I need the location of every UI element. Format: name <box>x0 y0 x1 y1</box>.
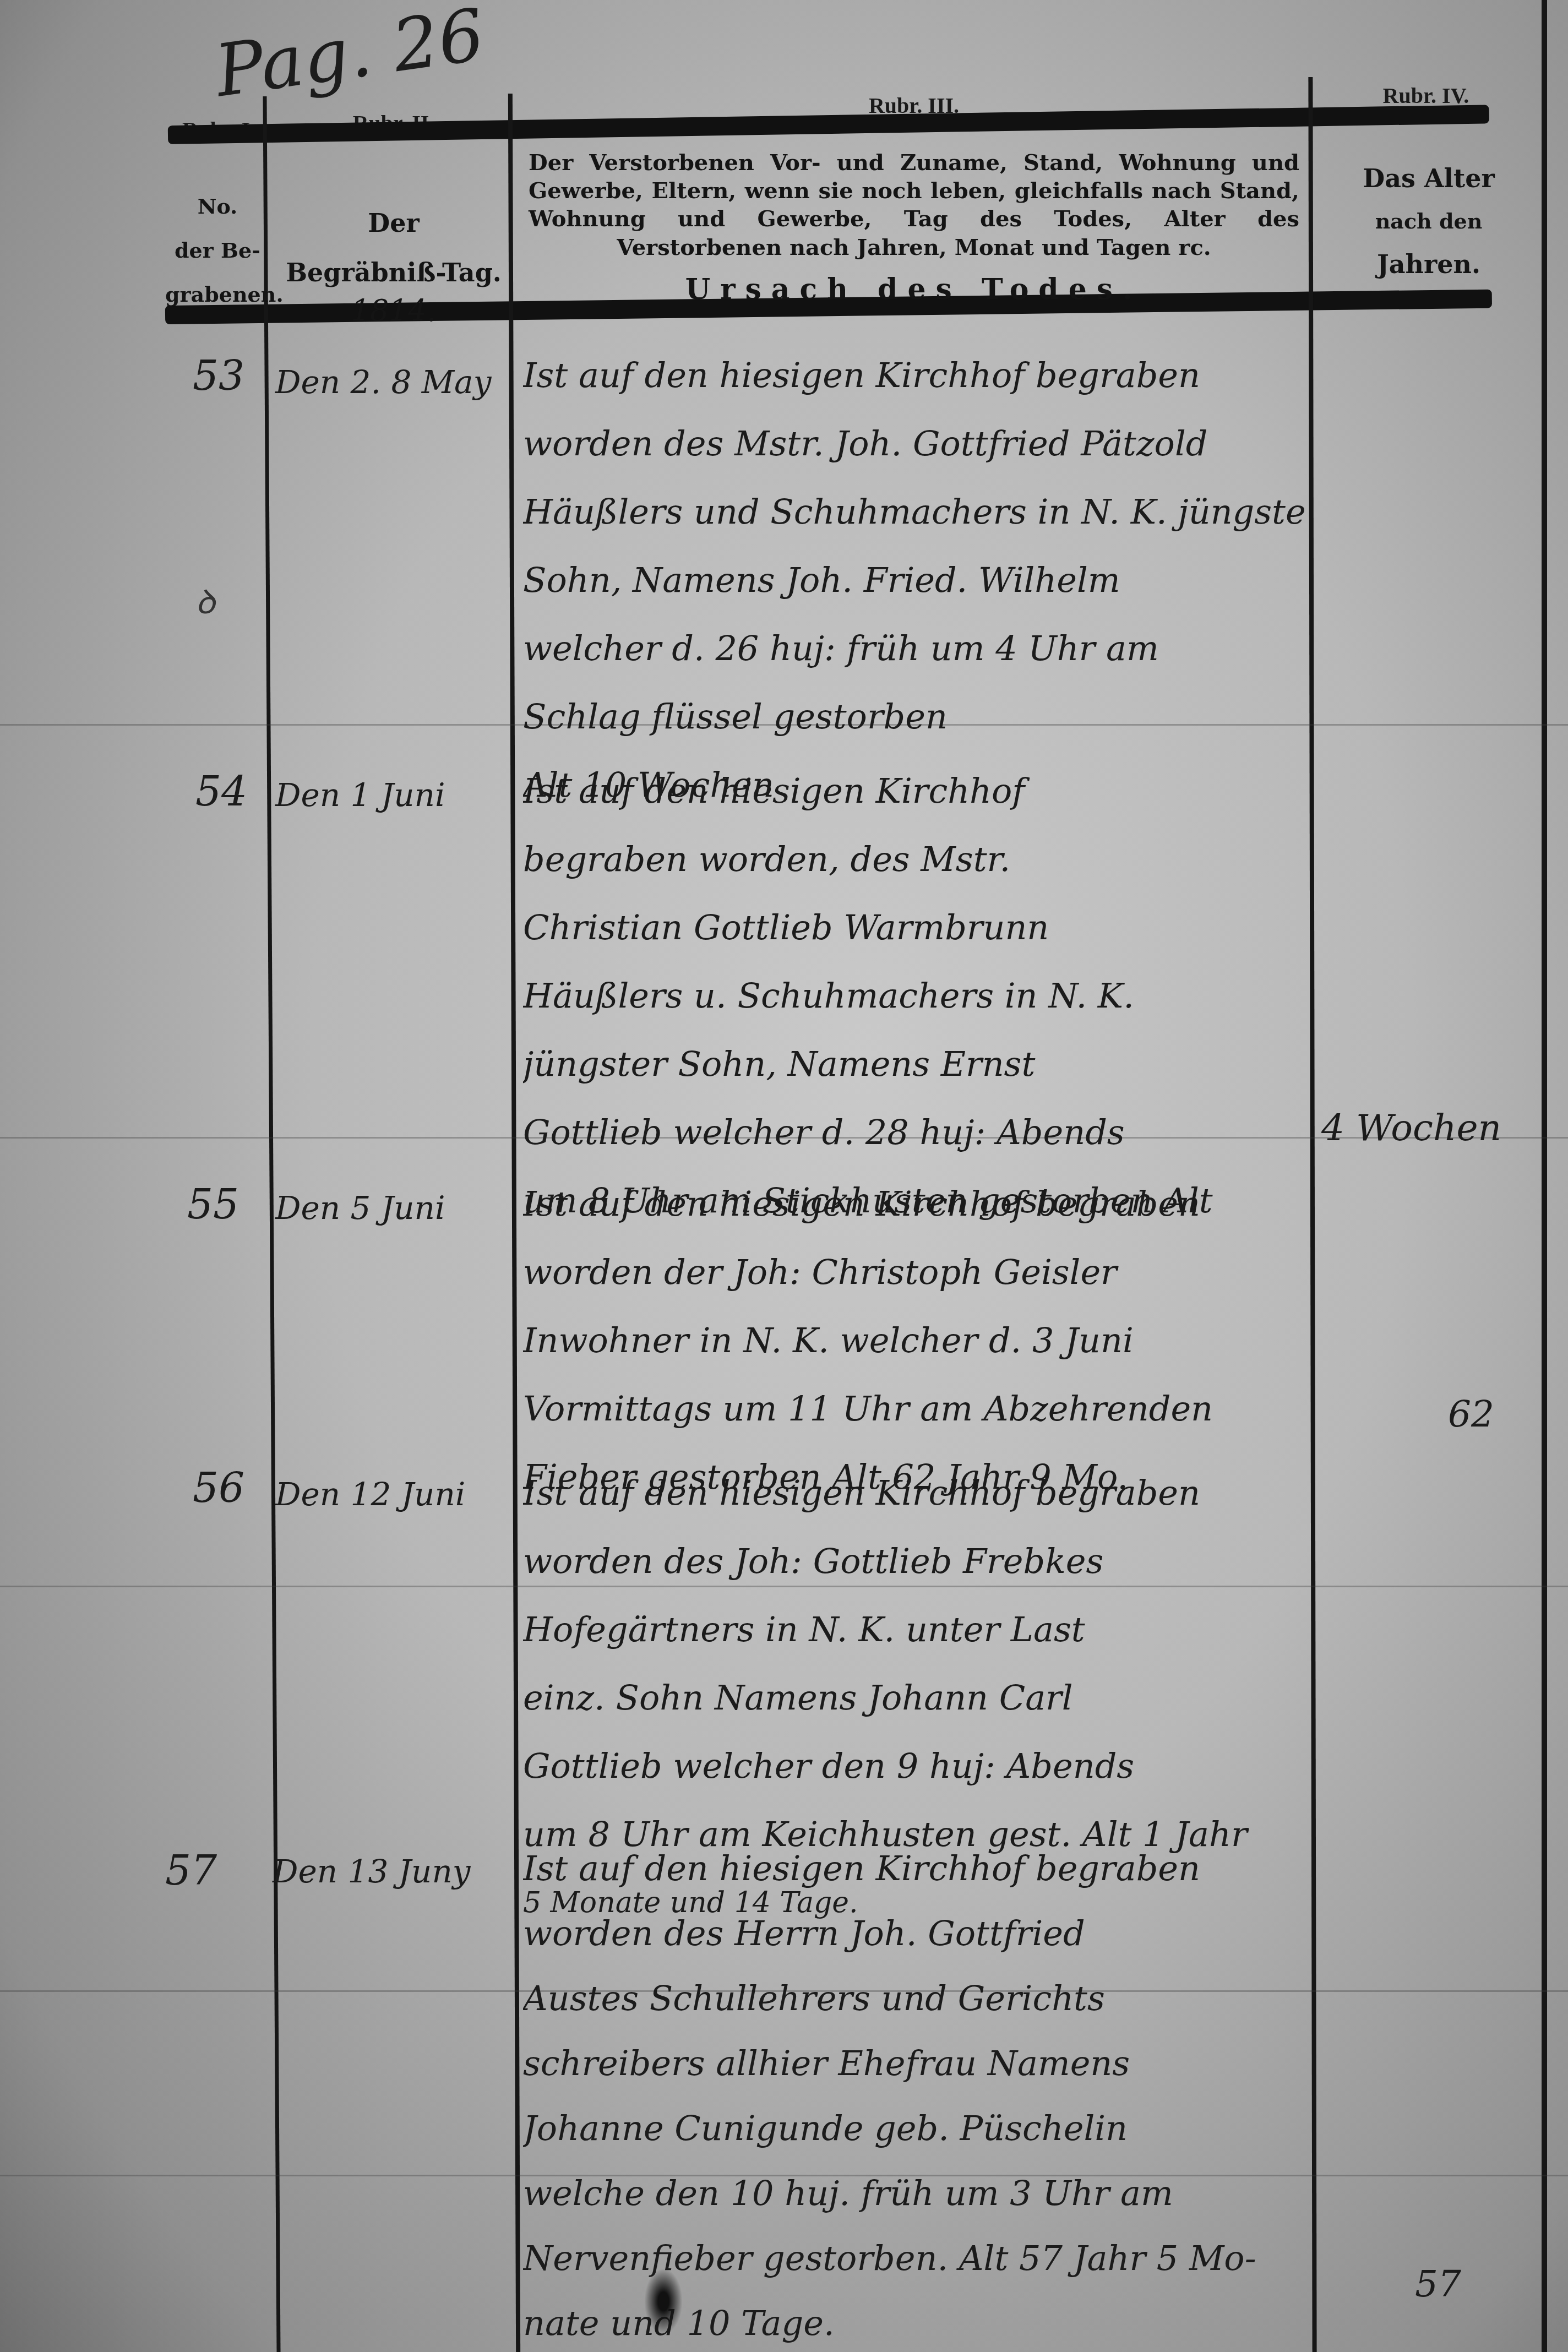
header-col1-line: der Be- <box>165 228 270 273</box>
entry-text: Ist auf den hiesigen Kirchhof begraben w… <box>523 757 1305 1235</box>
entry-line: einz. Sohn Namens Johann Carl <box>523 1664 1305 1732</box>
header-col3-subtitle: Ursach des Todes. <box>529 271 1299 308</box>
entry-line: Nervenfieber gestorben. Alt 57 Jahr 5 Mo… <box>523 2226 1305 2291</box>
entry-date: Den 12 Juni <box>275 1476 465 1513</box>
entry-line: worden der Joh: Christoph Geisler <box>523 1238 1305 1306</box>
header-col1-line: No. <box>165 184 270 228</box>
header-col1-line: grabenen. <box>165 273 270 317</box>
entry-line: Ist auf den hiesigen Kirchhof <box>523 757 1305 825</box>
header-col4-line: nach den <box>1319 200 1539 243</box>
entry-line: Inwohner in N. K. welcher d. 3 Juni <box>523 1306 1305 1375</box>
entry-line: Ist auf den hiesigen Kirchhof begraben <box>523 1836 1305 1901</box>
entry-date: Den 13 Juny <box>273 1853 471 1890</box>
header-col3: Der Verstorbenen Vor- und Zuname, Stand,… <box>529 149 1299 308</box>
header-col2-line: Begräbniß-Tag. <box>275 248 512 297</box>
entry-line: schreibers allhier Ehefrau Namens <box>523 2031 1305 2096</box>
entry-line: Gottlieb welcher d. 28 huj: Abends <box>523 1098 1305 1167</box>
entry-number: 53 <box>193 352 244 400</box>
column-divider-2 <box>508 94 520 2352</box>
entry-age: 57 <box>1415 2263 1461 2305</box>
entry-text: Ist auf den hiesigen Kirchhof begraben w… <box>523 1836 1305 2352</box>
margin-mark: ꝺ <box>195 578 215 623</box>
entry-line: welche den 10 huj. früh um 3 Uhr am <box>523 2161 1305 2226</box>
entry-line: Gottlieb welcher den 9 huj: Abends <box>523 1732 1305 1800</box>
header-col2-year: 1814. <box>275 297 512 325</box>
entry-text: Ist auf den hiesigen Kirchhof begraben w… <box>523 341 1305 819</box>
entry-line: Ist auf den hiesigen Kirchhof begraben <box>523 1459 1305 1527</box>
header-col4-line: Jahren. <box>1319 243 1539 286</box>
entry-line: worden des Herrn Joh. Gottfried <box>523 1901 1305 1966</box>
entry-age: 4 Wochen <box>1321 1107 1501 1149</box>
header-col4: Das Alter nach den Jahren. <box>1319 157 1539 286</box>
header-col1: No. der Be- grabenen. <box>165 184 270 317</box>
entry-number: 55 <box>187 1181 239 1228</box>
entry-line: Sohn, Namens Joh. Fried. Wilhelm <box>523 546 1305 614</box>
entry-date: Den 5 Juni <box>275 1189 445 1227</box>
header-col4-line: Das Alter <box>1319 157 1539 200</box>
entry-line: worden des Joh: Gottlieb Frebkes <box>523 1527 1305 1596</box>
entry-line: worden des Mstr. Joh. Gottfried Pätzold <box>523 410 1305 478</box>
entry-date: Den 2. 8 May <box>275 363 491 401</box>
entry-line: Häußlers u. Schuhmachers in N. K. <box>523 962 1305 1030</box>
register-page: Pag. 26 Rubr. I. Rubr. II. Rubr. III. Ru… <box>0 0 1568 2352</box>
entry-line: welcher d. 26 huj: früh um 4 Uhr am <box>523 614 1305 683</box>
header-col2-line: Der <box>275 198 512 248</box>
entry-age: 62 <box>1448 1393 1494 1435</box>
entry-line: Christian Gottlieb Warmbrunn <box>523 894 1305 962</box>
entry-number: 56 <box>193 1464 244 1512</box>
entry-line: jüngster Sohn, Namens Ernst <box>523 1030 1305 1098</box>
entry-line: begraben worden, des Mstr. <box>523 825 1305 894</box>
entry-number: 57 <box>165 1847 217 1894</box>
page-number: Pag. 26 <box>210 0 489 113</box>
entry-line: Johanne Cunigunde geb. Püschelin <box>523 2096 1305 2161</box>
rubric-4-label: Rubr. IV. <box>1316 83 1536 108</box>
entry-line: Hofegärtners in N. K. unter Last <box>523 1596 1305 1664</box>
entry-line: Ist auf den hiesigen Kirchhof begraben <box>523 341 1305 410</box>
entry-line: Austes Schullehrers und Gerichts <box>523 1966 1305 2031</box>
entry-number: 54 <box>195 768 247 815</box>
entry-line: nate und 10 Tage. <box>523 2291 1305 2352</box>
entry-line: Schlag flüssel gestorben <box>523 683 1305 751</box>
ink-blot <box>644 2268 683 2334</box>
header-col3-text: Der Verstorbenen Vor- und Zuname, Stand,… <box>529 149 1299 262</box>
entry-line: Häußlers und Schuhmachers in N. K. jüngs… <box>523 478 1305 546</box>
header-col2: Der Begräbniß-Tag. 1814. <box>275 198 512 325</box>
entry-line: Vormittags um 11 Uhr am Abzehrenden <box>523 1375 1305 1443</box>
entry-line: Ist auf den hiesigen Kirchhof begraben <box>523 1170 1305 1238</box>
right-edge-line <box>1542 0 1547 2352</box>
column-divider-3 <box>1308 77 1316 2352</box>
entry-date: Den 1 Juni <box>275 776 445 814</box>
